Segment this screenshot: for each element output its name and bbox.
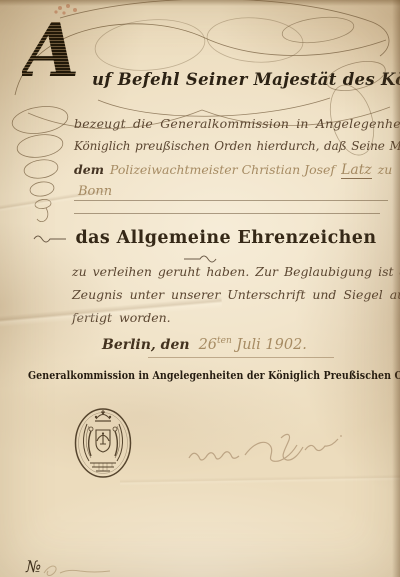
issuer-line: Generalkommission in Angelegenheiten der… bbox=[28, 369, 372, 382]
certificate-document: A uf Befehl Seiner Majestät des Königs b… bbox=[0, 0, 400, 577]
award-heading: das Allgemeine Ehrenzeichen bbox=[0, 228, 400, 268]
header-title: uf Befehl Seiner Majestät des Königs bbox=[92, 70, 400, 89]
body-line-5: fertigt worden. bbox=[72, 310, 171, 325]
date-line: Berlin, den 26ten Juli 1902. bbox=[102, 336, 307, 353]
heading-flourish-left-icon bbox=[33, 234, 67, 244]
recipient-printed-word: dem bbox=[74, 162, 104, 177]
date-handwritten: 26ten Juli 1902. bbox=[199, 336, 307, 353]
body-line-2: Königlich preußischen Orden hierdurch, d… bbox=[74, 139, 400, 153]
date-ruled-line bbox=[148, 357, 334, 358]
recipient-rank-and-name: Polizeiwachtmeister Christian Josef bbox=[110, 162, 335, 177]
signature-icon bbox=[183, 426, 353, 478]
number-label: № bbox=[26, 557, 41, 576]
recipient-line: dem Polizeiwachtmeister Christian Josef … bbox=[74, 162, 392, 179]
body-line-3: zu verleihen geruht haben. Zur Beglaubig… bbox=[72, 264, 400, 279]
ruled-line bbox=[74, 200, 388, 201]
body-line-1: bezeugt die Generalkommission in Angeleg… bbox=[74, 116, 400, 131]
heading-flourish-right-icon bbox=[183, 254, 217, 264]
award-heading-text: das Allgemeine Ehrenzeichen bbox=[76, 228, 377, 248]
date-place-printed: Berlin, den bbox=[102, 337, 190, 353]
ruled-line bbox=[74, 213, 380, 214]
date-ordinal-suffix: ten bbox=[217, 336, 232, 346]
date-month-year: Juli 1902. bbox=[236, 337, 307, 353]
body-line-4: Zeugnis unter unserer Unterschrift und S… bbox=[72, 287, 400, 302]
recipient-surname: Latz bbox=[341, 162, 372, 179]
recipient-tail-word: zu bbox=[378, 162, 393, 177]
prussian-coat-of-arms-seal-icon bbox=[72, 406, 134, 480]
recipient-city: Bonn bbox=[78, 184, 112, 199]
header-initial-letter: A bbox=[22, 18, 77, 85]
paper-top-edge-shadow bbox=[0, 0, 400, 6]
number-handwriting-icon bbox=[42, 561, 122, 577]
date-day: 26 bbox=[199, 337, 217, 353]
paper-right-edge-shadow bbox=[392, 0, 400, 577]
